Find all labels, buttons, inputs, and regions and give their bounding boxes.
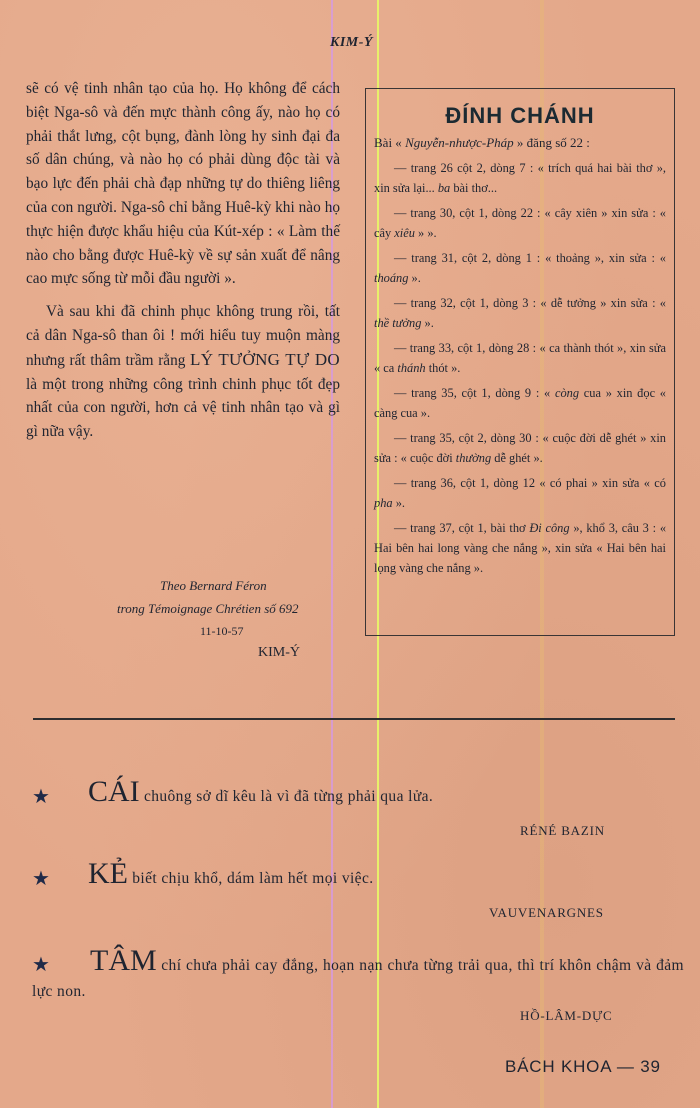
erratum-item: — trang 30, cột 1, dòng 22 : « cây xiên … <box>374 203 666 243</box>
erratum-title: ĐÍNH CHÁNH <box>374 103 666 129</box>
erratum-intro: Bài « Nguyễn-nhược-Pháp » đăng số 22 : <box>374 133 666 152</box>
article-column: sẽ có vệ tinh nhân tạo của họ. Họ không … <box>26 77 340 444</box>
erratum-item: — trang 33, cột 1, dòng 28 : « ca thành … <box>374 338 666 378</box>
erratum-item: — trang 37, cột 1, bài thơ Đi công », kh… <box>374 518 666 578</box>
erratum-item: — trang 35, cột 2, dòng 30 : « cuộc đời … <box>374 428 666 468</box>
erratum-box: ĐÍNH CHÁNH Bài « Nguyễn-nhược-Pháp » đăn… <box>365 88 675 636</box>
erratum-item: — trang 36, cột 1, dòng 12 « có phai » x… <box>374 473 666 513</box>
magazine-page: KIM-Ý sẽ có vệ tinh nhân tạo của họ. Họ … <box>0 0 700 1108</box>
erratum-item: — trang 32, cột 1, dòng 3 : « dễ tưởng »… <box>374 293 666 333</box>
quote-dropcap: KẺ <box>88 857 128 890</box>
quote-block: ★ KẺ biết chịu khổ, dám làm hết mọi việc… <box>32 862 682 891</box>
quote-author: RÉNÉ BAZIN <box>520 823 605 839</box>
running-head: KIM-Ý <box>330 35 373 51</box>
quote-dropcap: TÂM <box>90 944 157 977</box>
star-icon: ★ <box>32 784 50 809</box>
erratum-item: — trang 31, cột 2, dòng 1 : « thoảng », … <box>374 248 666 288</box>
credit-signature: KIM-Ý <box>258 645 572 661</box>
star-icon: ★ <box>32 866 50 891</box>
erratum-item: — trang 35, cột 1, dòng 9 : « còng cua »… <box>374 383 666 423</box>
quote-text: KẺ biết chịu khổ, dám làm hết mọi việc. <box>32 862 682 891</box>
page-folio: BÁCH KHOA — 39 <box>505 1057 661 1077</box>
erratum-item: — trang 26 cột 2, dòng 7 : « trích quá h… <box>374 158 666 198</box>
quote-text: TÂM chí chưa phải cay đắng, hoạn nạn chư… <box>32 948 684 1005</box>
quote-block: ★ CÁI chuông sở dĩ kêu là vì đã từng phả… <box>32 780 682 809</box>
emphasis-text: LÝ TƯỞNG TỰ DO <box>190 350 340 369</box>
quote-dropcap: CÁI <box>88 775 140 808</box>
article-paragraph: sẽ có vệ tinh nhân tạo của họ. Họ không … <box>26 77 340 291</box>
star-icon: ★ <box>32 952 50 977</box>
article-paragraph: Và sau khi đã chinh phục không trung rồi… <box>26 300 340 444</box>
quote-block: ★ TÂM chí chưa phải cay đắng, hoạn nạn c… <box>32 948 684 1005</box>
section-divider <box>33 718 675 720</box>
quote-author: HỒ-LÂM-DỰC <box>520 1008 612 1024</box>
quote-text: CÁI chuông sở dĩ kêu là vì đã từng phải … <box>32 780 682 809</box>
quote-author: VAUVENARGNES <box>489 905 604 921</box>
